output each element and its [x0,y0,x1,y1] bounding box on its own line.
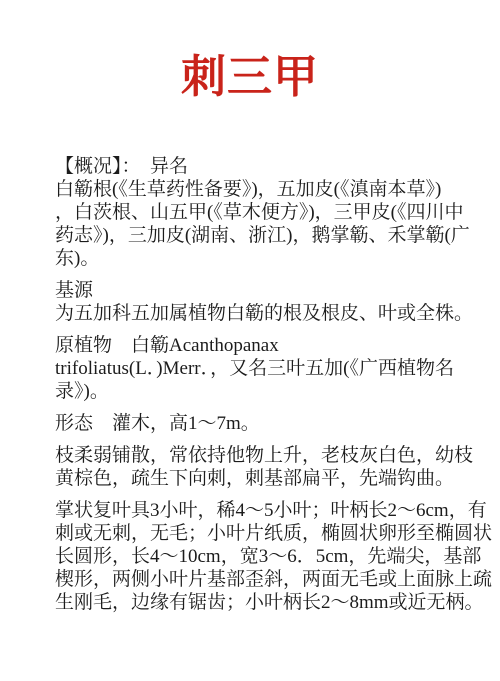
text-line: 基源 [55,279,465,302]
text-line: 生刚毛，边缘有锯齿；小叶柄长2～8mm或近无柄。 [55,591,465,614]
text-line: 为五加科五加属植物白簕的根及根皮、叶或全株。 [55,302,465,325]
paragraph-branches: 枝柔弱铺散，常依持他物上升，老枝灰白色，幼枝 黄棕色，疏生下向刺，刺基部扁平，先… [55,444,465,490]
text-line: 楔形，两侧小叶片基部歪斜，两面无毛或上面脉上疏 [55,568,465,591]
text-line: 长圆形，长4～10cm，宽3～6．5cm，先端尖，基部 [55,545,465,568]
text-line: 录》)。 [55,380,465,403]
document-body: 【概况】： 异名 白簕根(《生草药性备要》)，五加皮(《滇南本草》) ，白茨根、… [55,155,465,623]
paragraph-leaves: 掌状复叶具3小叶，稀4～5小叶；叶柄长2～6cm，有 刺或无刺，无毛；小叶片纸质… [55,499,465,614]
page-title: 刺三甲 [0,52,500,102]
text-line: 原植物 白簕Acanthopanax [55,334,465,357]
document-page: 刺三甲 【概况】： 异名 白簕根(《生草药性备要》)，五加皮(《滇南本草》) ，… [0,0,500,681]
text-line: 药志》)，三加皮(湖南、浙江)，鹅掌簕、禾掌簕(广 [55,224,465,247]
text-line: 掌状复叶具3小叶，稀4～5小叶；叶柄长2～6cm，有 [55,499,465,522]
text-line: 枝柔弱铺散，常依持他物上升，老枝灰白色，幼枝 [55,444,465,467]
text-line: 东)。 [55,247,465,270]
paragraph-original-plant: 原植物 白簕Acanthopanax trifoliatus(L．)Merr．，… [55,334,465,403]
text-line: 白簕根(《生草药性备要》)，五加皮(《滇南本草》) [55,178,465,201]
paragraph-morphology: 形态 灌木，高1～7m。 [55,412,465,435]
text-line: 刺或无刺，无毛；小叶片纸质，椭圆状卵形至椭圆状 [55,522,465,545]
text-line: 黄棕色，疏生下向刺，刺基部扁平，先端钩曲。 [55,467,465,490]
paragraph-overview: 【概况】： 异名 白簕根(《生草药性备要》)，五加皮(《滇南本草》) ，白茨根、… [55,155,465,270]
text-line: 【概况】： 异名 [55,155,465,178]
text-line: trifoliatus(L．)Merr．，又名三叶五加(《广西植物名 [55,357,465,380]
paragraph-source: 基源 为五加科五加属植物白簕的根及根皮、叶或全株。 [55,279,465,325]
text-line: ，白茨根、山五甲(《草木便方》)，三甲皮(《四川中 [55,201,465,224]
text-line: 形态 灌木，高1～7m。 [55,412,465,435]
